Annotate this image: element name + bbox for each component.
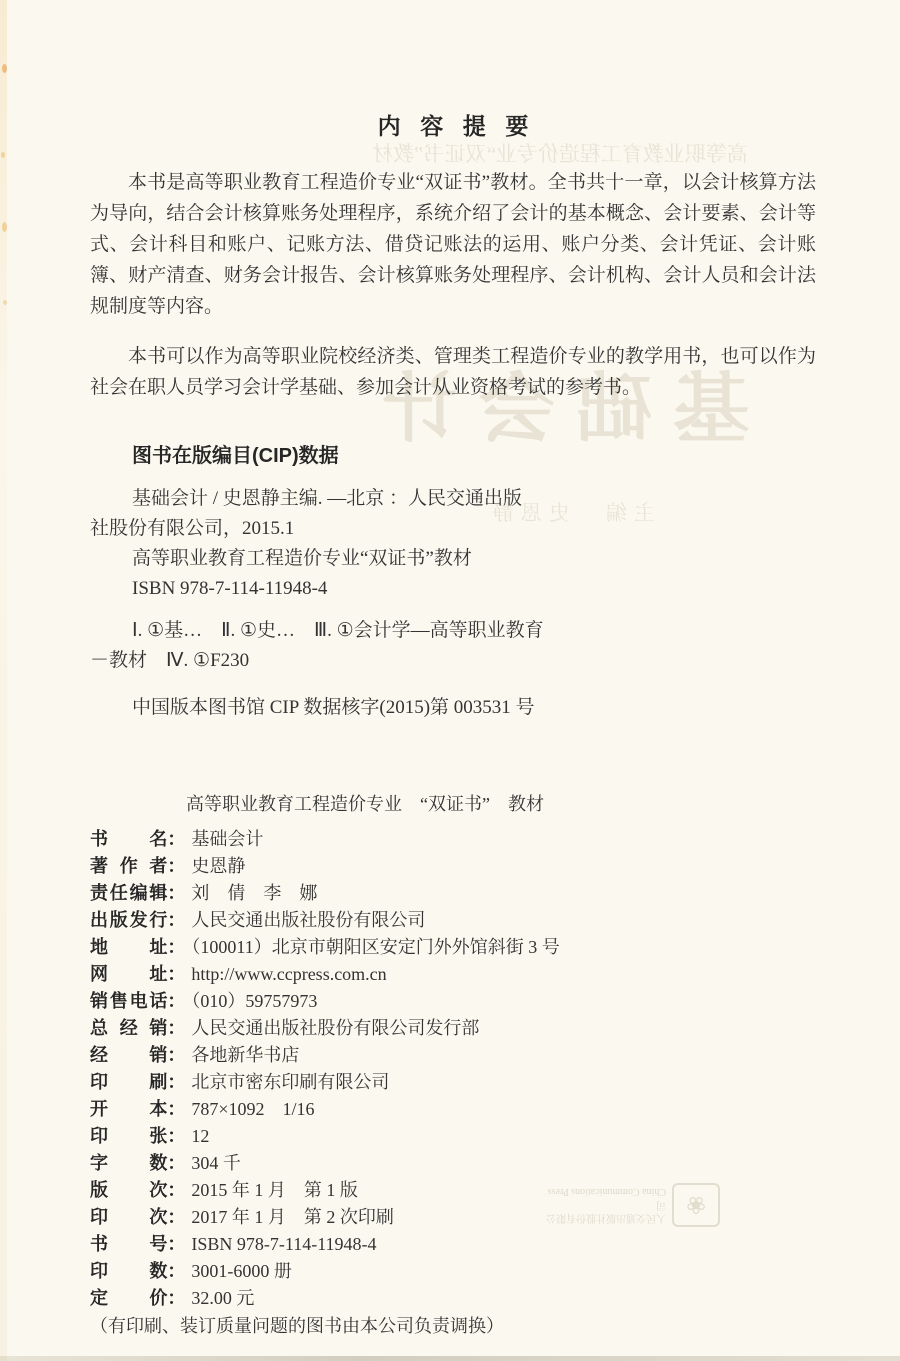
scan-edge-left xyxy=(0,0,7,1361)
field-value: 2017 年 1 月 第 2 次印刷 xyxy=(191,1207,394,1227)
field-row-sheets: 印张：12 xyxy=(90,1123,816,1150)
field-value: 32.00 元 xyxy=(191,1288,254,1308)
field-value: 基础会计 xyxy=(191,829,263,849)
cip-heading: 图书在版编目(CIP)数据 xyxy=(132,439,816,468)
field-value: 人民交通出版社股份有限公司 xyxy=(191,910,425,930)
scan-speck xyxy=(2,222,7,232)
field-row-website: 网址：http://www.ccpress.com.cn xyxy=(90,961,816,988)
field-colon: ： xyxy=(167,1018,185,1038)
field-value: 12 xyxy=(191,1126,209,1146)
field-row-word-count: 字数：304 千 xyxy=(90,1150,816,1177)
field-colon: ： xyxy=(167,937,185,957)
colophon-block: 高等职业教育工程造价专业 “双证书” 教材 书名：基础会计 著作者：史恩静 责任… xyxy=(90,791,816,1340)
field-value: ISBN 978-7-114-11948-4 xyxy=(191,1234,376,1254)
cip-record-number: 中国版本图书馆 CIP 数据核字(2015)第 003531 号 xyxy=(90,692,816,719)
cip-classification-line: －教材 Ⅳ. ①F230 xyxy=(90,646,816,676)
field-colon: ： xyxy=(167,991,185,1011)
field-value: 史恩静 xyxy=(191,856,245,876)
field-value: 304 千 xyxy=(191,1153,241,1173)
scan-speck xyxy=(3,300,7,305)
series-title: 高等职业教育工程造价专业 “双证书” 教材 xyxy=(90,791,816,818)
field-value: 3001-6000 册 xyxy=(191,1261,292,1281)
field-value: http://www.ccpress.com.cn xyxy=(191,964,386,984)
scanned-copyright-page: { "summary": { "heading": "内容提要", "parag… xyxy=(0,0,900,1361)
field-row-edition: 版次：2015 年 1 月 第 1 版 xyxy=(90,1177,816,1204)
field-row-price: 定价：32.00 元 xyxy=(90,1285,816,1312)
field-label: 印数 xyxy=(90,1258,167,1285)
cip-line: 社股份有限公司，2015.1 xyxy=(90,514,816,544)
cip-block: 图书在版编目(CIP)数据 基础会计 / 史恩静主编. —北京 ：人民交通出版 … xyxy=(90,439,816,719)
field-value: 刘 倩 李 娜 xyxy=(191,883,317,903)
field-row-sales-phone: 销售电话：（010）59757973 xyxy=(90,988,816,1015)
field-label: 经销 xyxy=(90,1042,167,1069)
field-colon: ： xyxy=(167,1180,185,1200)
field-row-print-run: 印数：3001-6000 册 xyxy=(90,1258,816,1285)
field-label: 责任编辑 xyxy=(90,880,167,907)
field-row-address: 地址：（100011）北京市朝阳区安定门外外馆斜街 3 号 xyxy=(90,934,816,961)
field-colon: ： xyxy=(167,1261,185,1281)
field-colon: ： xyxy=(167,829,185,849)
field-colon: ： xyxy=(167,1099,185,1119)
scan-edge-bottom xyxy=(0,1356,900,1361)
cip-line: 高等职业教育工程造价专业“双证书”教材 xyxy=(90,544,816,574)
field-label: 书名 xyxy=(90,826,167,853)
field-colon: ： xyxy=(167,910,185,930)
summary-paragraph-1: 本书是高等职业教育工程造价专业“双证书”教材。全书共十一章，以会计核算方法为导向… xyxy=(90,167,816,322)
field-row-printer: 印刷：北京市密东印刷有限公司 xyxy=(90,1069,816,1096)
field-value: 各地新华书店 xyxy=(191,1045,299,1065)
field-row-impression: 印次：2017 年 1 月 第 2 次印刷 xyxy=(90,1204,816,1231)
field-row-distributor: 经销：各地新华书店 xyxy=(90,1042,816,1069)
scan-speck xyxy=(2,64,7,73)
field-colon: ： xyxy=(167,1045,185,1065)
field-value: 787×1092 1/16 xyxy=(191,1099,314,1119)
field-label: 出版发行 xyxy=(90,907,167,934)
field-colon: ： xyxy=(167,1288,185,1308)
cip-classification-line: Ⅰ. ①基… Ⅱ. ①史… Ⅲ. ①会计学—高等职业教育 xyxy=(90,616,816,646)
field-value: 北京市密东印刷有限公司 xyxy=(191,1072,389,1092)
field-row-general-distributor: 总经销：人民交通出版社股份有限公司发行部 xyxy=(90,1015,816,1042)
field-label: 印次 xyxy=(90,1204,167,1231)
field-row-author: 著作者：史恩静 xyxy=(90,853,816,880)
cip-line: 基础会计 / 史恩静主编. —北京 ：人民交通出版 xyxy=(90,484,816,514)
field-label: 字数 xyxy=(90,1150,167,1177)
field-label: 销售电话 xyxy=(90,988,167,1015)
correction-note: （有印刷、装订质量问题的图书由本公司负责调换） xyxy=(90,1313,816,1340)
field-label: 地址 xyxy=(90,934,167,961)
summary-heading: 内容提要 xyxy=(90,108,816,141)
field-label: 印张 xyxy=(90,1123,167,1150)
field-colon: ： xyxy=(167,1234,185,1254)
field-label: 总经销 xyxy=(90,1015,167,1042)
scan-speck xyxy=(1,152,5,158)
field-colon: ： xyxy=(167,856,185,876)
field-colon: ： xyxy=(167,964,185,984)
field-label: 版次 xyxy=(90,1177,167,1204)
field-row-format: 开本：787×1092 1/16 xyxy=(90,1096,816,1123)
field-colon: ： xyxy=(167,1207,185,1227)
field-colon: ： xyxy=(167,1072,185,1092)
field-colon: ： xyxy=(167,883,185,903)
field-colon: ： xyxy=(167,1153,185,1173)
field-row-book-title: 书名：基础会计 xyxy=(90,826,816,853)
field-row-editor: 责任编辑：刘 倩 李 娜 xyxy=(90,880,816,907)
field-value: （100011）北京市朝阳区安定门外外馆斜街 3 号 xyxy=(191,937,559,957)
field-row-isbn: 书号：ISBN 978-7-114-11948-4 xyxy=(90,1231,816,1258)
cip-isbn-line: ISBN 978-7-114-11948-4 xyxy=(90,574,816,604)
field-label: 定价 xyxy=(90,1285,167,1312)
field-label: 网址 xyxy=(90,961,167,988)
summary-paragraph-2: 本书可以作为高等职业院校经济类、管理类工程造价专业的教学用书，也可以作为社会在职… xyxy=(90,341,816,403)
field-value: 人民交通出版社股份有限公司发行部 xyxy=(191,1018,479,1038)
field-value: 2015 年 1 月 第 1 版 xyxy=(191,1180,358,1200)
field-value: （010）59757973 xyxy=(191,991,317,1011)
field-label: 书号 xyxy=(90,1231,167,1258)
field-colon: ： xyxy=(167,1126,185,1146)
field-label: 印刷 xyxy=(90,1069,167,1096)
field-label: 开本 xyxy=(90,1096,167,1123)
field-row-publisher: 出版发行：人民交通出版社股份有限公司 xyxy=(90,907,816,934)
field-label: 著作者 xyxy=(90,853,167,880)
page-content: 内容提要 本书是高等职业教育工程造价专业“双证书”教材。全书共十一章，以会计核算… xyxy=(90,0,816,1340)
